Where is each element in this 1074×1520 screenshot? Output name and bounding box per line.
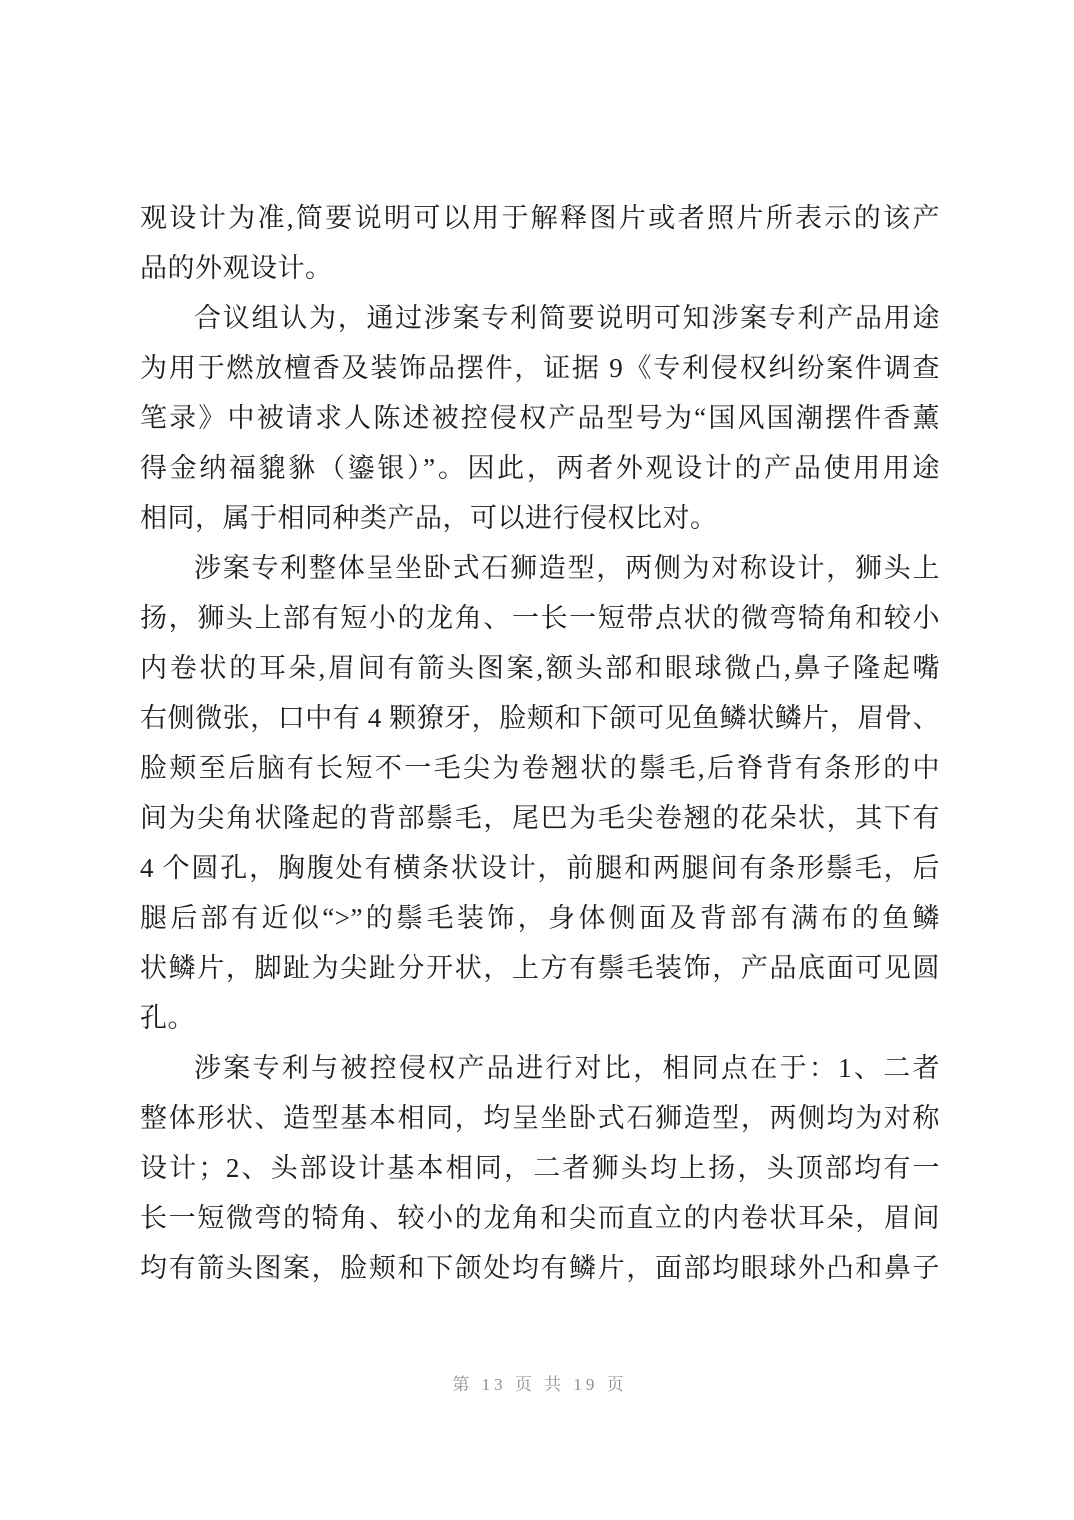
page-number-footer: 第 13 页 共 19 页 (140, 1372, 940, 1398)
text-line: 脸颊至后脑有长短不一毛尖为卷翘状的鬃毛,后脊背有条形的中 (140, 743, 940, 793)
text-line: 孔。 (140, 993, 940, 1043)
text-line: 长一短微弯的犄角、较小的龙角和尖而直立的内卷状耳朵，眉间 (140, 1193, 940, 1243)
text-line: 整体形状、造型基本相同，均呈坐卧式石狮造型，两侧均为对称 (140, 1093, 940, 1143)
document-page: 观设计为准,简要说明可以用于解释图片或者照片所表示的该产品的外观设计。合议组认为… (0, 0, 1074, 1520)
text-line: 4 个圆孔，胸腹处有横条状设计，前腿和两腿间有条形鬃毛，后 (140, 843, 940, 893)
text-line: 相同，属于相同种类产品，可以进行侵权比对。 (140, 493, 940, 543)
text-line: 右侧微张，口中有 4 颗獠牙，脸颊和下颌可见鱼鳞状鳞片，眉骨、 (140, 693, 940, 743)
text-line: 扬，狮头上部有短小的龙角、一长一短带点状的微弯犄角和较小 (140, 593, 940, 643)
text-line: 状鳞片，脚趾为尖趾分开状，上方有鬃毛装饰，产品底面可见圆 (140, 943, 940, 993)
text-line: 内卷状的耳朵,眉间有箭头图案,额头部和眼球微凸,鼻子隆起嘴 (140, 643, 940, 693)
text-line: 品的外观设计。 (140, 243, 940, 293)
text-line: 合议组认为，通过涉案专利简要说明可知涉案专利产品用途 (140, 293, 940, 343)
text-line: 观设计为准,简要说明可以用于解释图片或者照片所表示的该产 (140, 193, 940, 243)
text-line: 涉案专利整体呈坐卧式石狮造型，两侧为对称设计，狮头上 (140, 543, 940, 593)
text-line: 笔录》中被请求人陈述被控侵权产品型号为“国风国潮摆件香薰 (140, 393, 940, 443)
text-line: 均有箭头图案，脸颊和下颌处均有鳞片，面部均眼球外凸和鼻子 (140, 1243, 940, 1293)
text-line: 为用于燃放檀香及装饰品摆件，证据 9《专利侵权纠纷案件调查 (140, 343, 940, 393)
text-line: 间为尖角状隆起的背部鬃毛，尾巴为毛尖卷翘的花朵状，其下有 (140, 793, 940, 843)
page-number-label: 第 13 页 共 19 页 (452, 1375, 627, 1394)
text-line: 涉案专利与被控侵权产品进行对比，相同点在于：1、二者 (140, 1043, 940, 1093)
document-body: 观设计为准,简要说明可以用于解释图片或者照片所表示的该产品的外观设计。合议组认为… (140, 193, 940, 1293)
text-line: 设计；2、头部设计基本相同，二者狮头均上扬，头顶部均有一 (140, 1143, 940, 1193)
text-line: 腿后部有近似“>”的鬃毛装饰，身体侧面及背部有满布的鱼鳞 (140, 893, 940, 943)
text-line: 得金纳福貔貅（鎏银）”。因此，两者外观设计的产品使用用途 (140, 443, 940, 493)
